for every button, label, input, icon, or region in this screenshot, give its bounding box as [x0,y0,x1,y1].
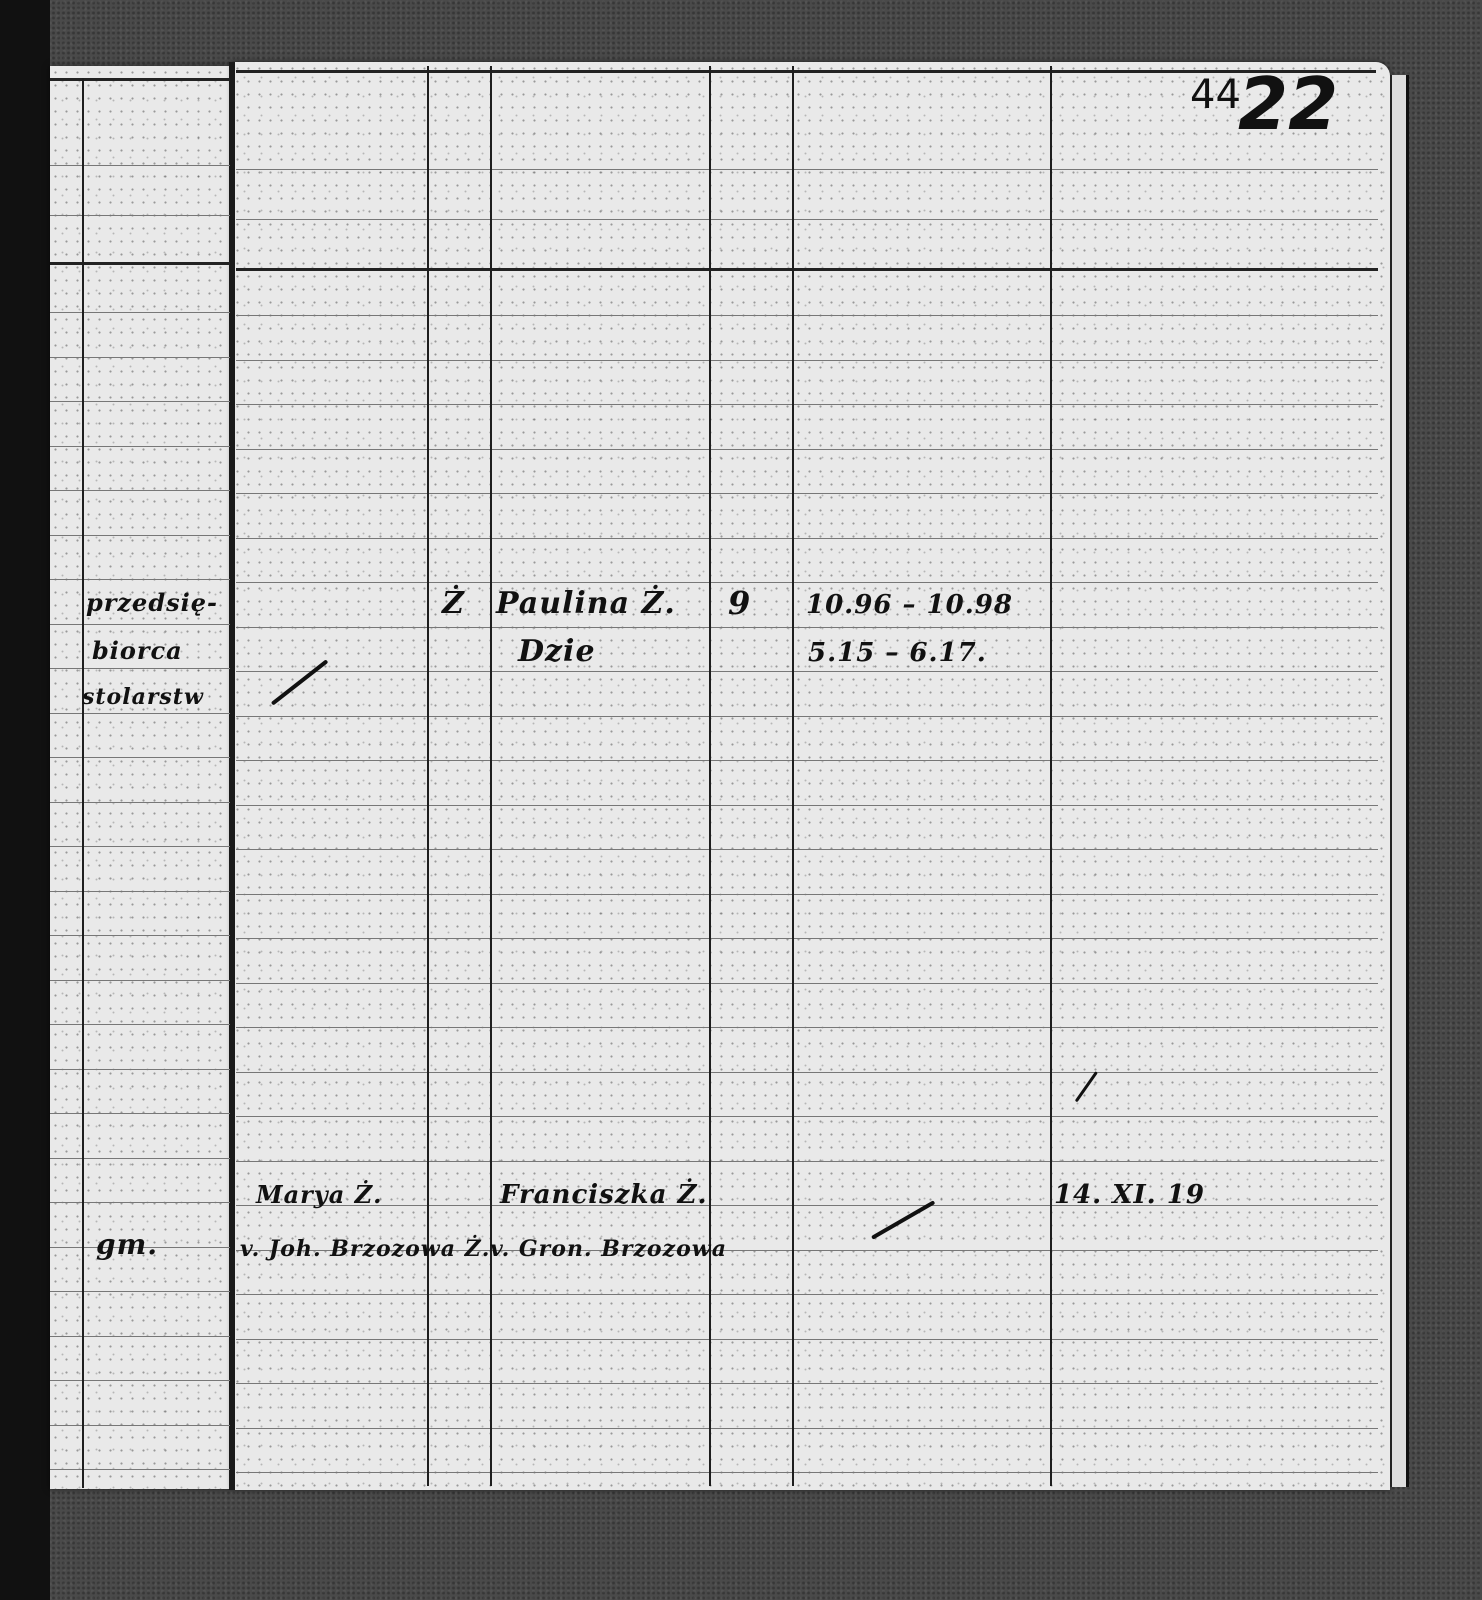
ruled-line [50,1425,230,1426]
book-spine [229,62,235,1490]
ruled-line [50,1291,230,1292]
ruled-line [50,1158,230,1159]
ruled-line [50,757,230,758]
ruled-line [236,219,1378,220]
ruled-line [50,401,230,402]
entry2-col-a-line1: Marya Ż. [256,1180,383,1209]
ruled-line [50,713,230,714]
ruled-line [236,983,1378,984]
column-divider [709,66,711,1486]
right-page [232,62,1390,1490]
ruled-line [236,169,1378,170]
ruled-line [236,1116,1378,1117]
ruled-line [236,1072,1378,1073]
column-divider [792,66,794,1486]
ruled-line [236,716,1378,717]
entry2-name-line2: v. Gron. Brzozowa [490,1236,727,1262]
ruled-line [236,671,1378,672]
ruled-line [236,315,1378,316]
page-edge [1390,75,1409,1487]
ruled-line [236,538,1378,539]
ruled-line [50,357,230,358]
entry1-name-line2: Dzie [518,634,596,669]
scan-shadow [0,0,50,1600]
ruled-line [236,805,1378,806]
ruled-line [50,1202,230,1203]
ruled-line [236,1205,1378,1206]
ruled-line [50,165,230,166]
ruled-line [50,980,230,981]
ruled-line [236,1161,1378,1162]
ruled-line [50,668,230,669]
ruled-line [236,493,1378,494]
ruled-line [50,935,230,936]
ruled-line [50,802,230,803]
ruled-line [236,938,1378,939]
ruled-line [50,579,230,580]
page-number-small: 44 [1190,72,1241,118]
ruled-line [236,404,1378,405]
ruled-line [50,624,230,625]
left-page [50,66,232,1489]
ruled-line [50,446,230,447]
ruled-line [50,1336,230,1337]
ruled-line [50,490,230,491]
ruled-line [50,312,230,313]
ruled-line [236,1383,1378,1384]
entry1-name-line1: Paulina Ż. [496,586,676,621]
ruled-line [236,360,1378,361]
entry2-date: 14. XI. 19 [1054,1180,1205,1210]
ruled-line [50,1380,230,1381]
entry1-dates-line2: 5.15 – 6.17. [808,638,987,668]
occupation-abbrev: gm. [96,1228,158,1261]
occupation-line-3: stolarstw [82,684,204,710]
entry2-col-a-line2: v. Joh. Brzozowa Ż. [240,1236,490,1262]
entry1-dates-line1: 10.96 – 10.98 [806,590,1013,620]
ruled-line [236,1339,1378,1340]
ruled-line [50,1069,230,1070]
column-divider [427,66,429,1486]
ruled-line [236,582,1378,583]
ruled-line [50,215,230,216]
entry1-col-b: Ż [442,586,465,621]
occupation-line-2: biorca [92,636,183,665]
ruled-line [236,1027,1378,1028]
column-divider [82,78,84,1488]
header-rule [50,262,230,265]
ruled-line [236,849,1378,850]
ruled-line [236,1294,1378,1295]
ruled-line [236,1428,1378,1429]
entry1-col-d: 9 [728,584,751,622]
ruled-line [50,1113,230,1114]
ruled-line [50,535,230,536]
ruled-line [50,1469,230,1470]
column-divider [490,66,492,1486]
occupation-line-1: przedsię- [86,588,218,617]
ruled-line [50,846,230,847]
ruled-line [236,760,1378,761]
ruled-line [50,1024,230,1025]
header-rule [236,268,1378,271]
header-rule [50,78,230,81]
page-number-large: 22 [1238,62,1338,146]
ruled-line [236,449,1378,450]
ruled-line [236,627,1378,628]
ruled-line [236,1472,1378,1473]
ruled-line [50,891,230,892]
column-divider [1050,66,1052,1486]
entry2-name-line1: Franciszka Ż. [500,1180,708,1210]
ruled-line [236,894,1378,895]
